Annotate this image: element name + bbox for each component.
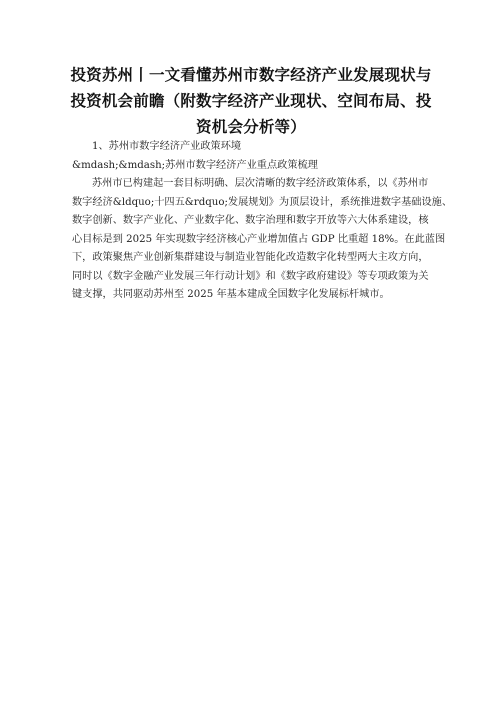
paragraph-line: 键支撑，共同驱动苏州至 2025 年基本建成全国数字化发展标杆城市。 — [72, 286, 432, 305]
document-body: 1、苏州市数字经济产业政策环境 &mdash;&mdash;苏州市数字经济产业重… — [72, 138, 432, 305]
subsection-heading: &mdash;&mdash;苏州市数字经济产业重点政策梳理 — [72, 157, 432, 176]
section-heading: 1、苏州市数字经济产业政策环境 — [72, 138, 432, 157]
paragraph-line: 数字经济&ldquo;十四五&rdquo;发展规划》为顶层设计，系统推进数字基础… — [72, 194, 432, 213]
paragraph-line: 下，政策聚焦产业创新集群建设与制造业智能化改造数字化转型两大主攻方向， — [72, 249, 432, 268]
paragraph-line: 数字创新、数字产业化、产业数字化、数字治理和数字开放等六大体系建设，核 — [72, 212, 432, 231]
document-title: 投资苏州丨一文看懂苏州市数字经济产业发展现状与投资机会前瞻（附数字经济产业现状、… — [70, 62, 432, 140]
body-paragraph: 苏州市已构建起一套目标明确、层次清晰的数字经济政策体系，以《苏州市 数字经济&l… — [72, 175, 432, 305]
paragraph-line: 苏州市已构建起一套目标明确、层次清晰的数字经济政策体系，以《苏州市 — [72, 175, 432, 194]
paragraph-line: 心目标是到 2025 年实现数字经济核心产业增加值占 GDP 比重超 18%。在… — [72, 231, 432, 250]
paragraph-line: 同时以《数字金融产业发展三年行动计划》和《数字政府建设》等专项政策为关 — [72, 268, 432, 287]
